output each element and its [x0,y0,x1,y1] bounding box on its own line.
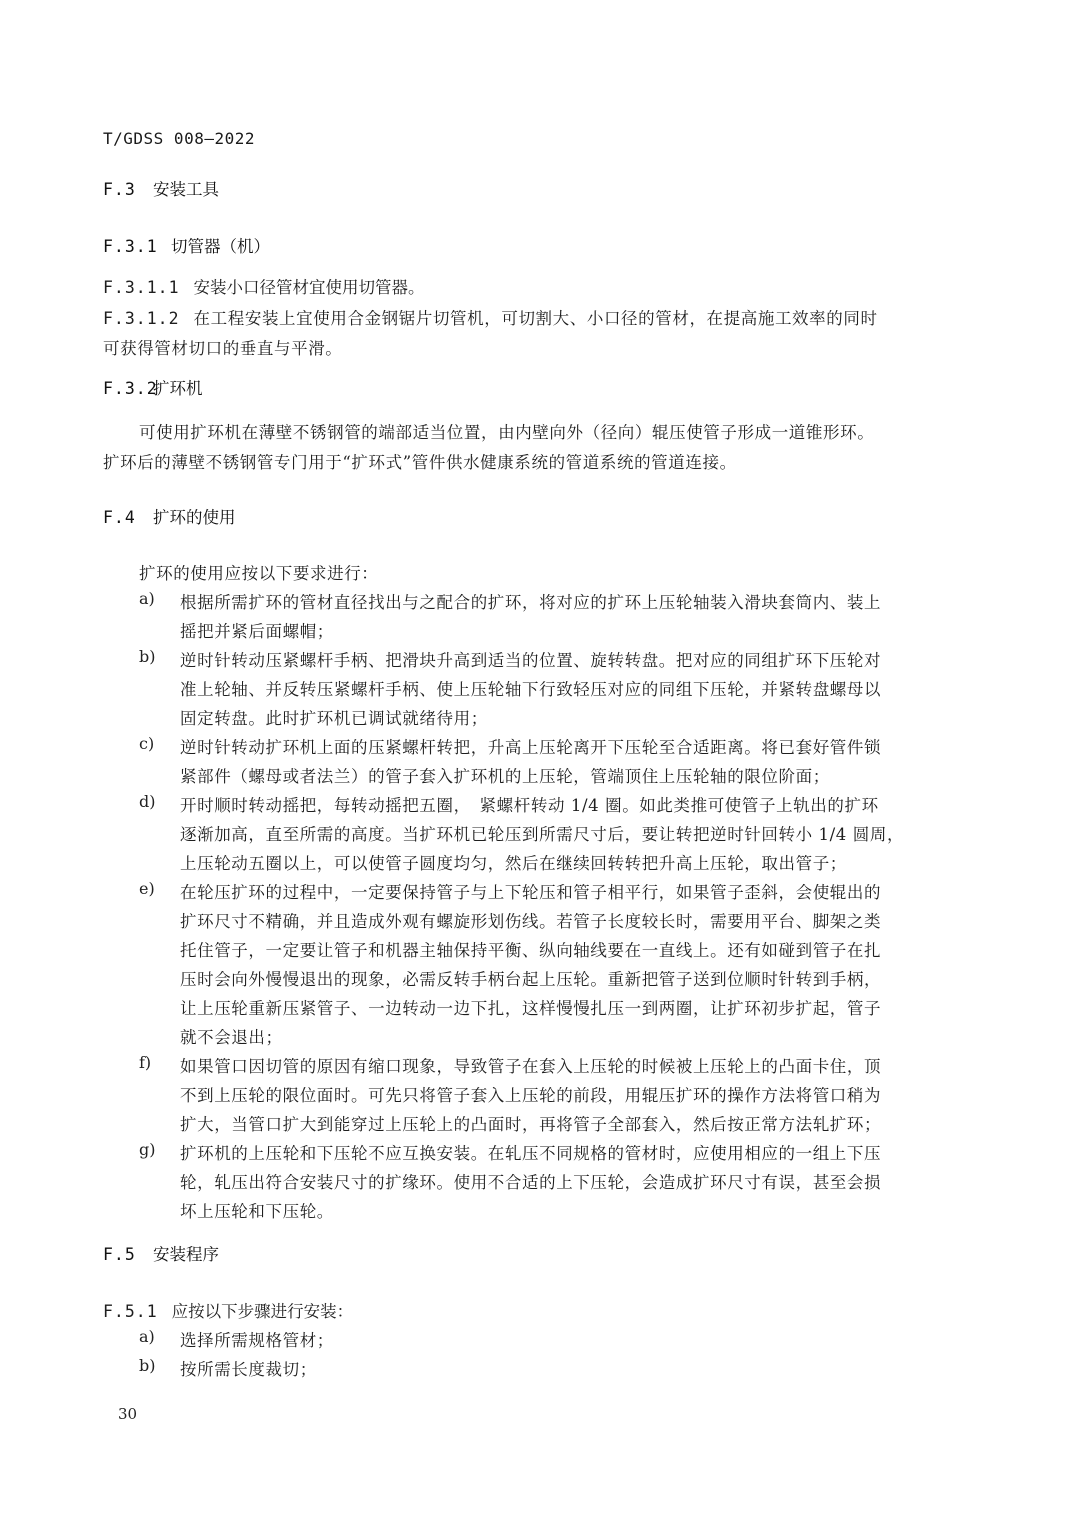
list-item-line: 不到上压轮的限位面时。可先只将管子套入上压轮的前段，用辊压扩环的操作方法将管口稍… [180,1082,881,1106]
list-item-line: 逐渐加高，直至所需的高度。当扩环机已轮压到所需尺寸后，要让转把逆时针回转小 1/… [180,821,904,845]
list-marker: b) [139,1356,155,1375]
list-item-line: 准上轮轴、并反转压紧螺杆手柄、使上压轮轴下行致轻压对应的同组下压轮，并紧转盘螺母… [180,676,881,700]
list-marker: g) [139,1140,155,1159]
paragraph-line-2: 扩环后的薄壁不锈钢管专门用于“扩环式”管件供水健康系统的管道系统的管道连接。 [103,449,737,473]
list-item-line: 轮，轧压出符合安装尺寸的扩缘环。使用不合适的上下压轮，会造成扩环尺寸有误，甚至会… [180,1169,881,1193]
list-item-line: 扩大，当管口扩大到能穿过上压轮上的凸面时，再将管子全部套入，然后按正常方法轧扩环… [180,1111,881,1135]
section-title: 扩环的使用 [153,508,236,527]
list-item-line: 紧部件（螺母或者法兰）的管子套入扩环机的上压轮，管端顶住上压轮轴的限位阶面； [180,763,830,787]
section-number: F.3 [103,180,153,199]
section-title: 扩环机 [153,379,203,398]
section-number: F.4 [103,508,153,527]
standard-code: T/GDSS 008—2022 [103,129,255,148]
list-item-line: 固定转盘。此时扩环机已调试就绪待用； [180,705,488,729]
paragraph-line-1: 可使用扩环机在薄壁不锈钢管的端部适当位置，由内壁向外（径向）辊压使管子形成一道锥… [139,419,874,443]
clause-text-line-1: 在工程安装上宜使用合金钢锯片切管机，可切割大、小口径的管材，在提高施工效率的同时 [194,309,878,328]
clause-number: F.5.1 [103,1302,158,1321]
clause-f3-1-1: F.3.1.1安装小口径管材宜使用切管器。 [103,274,425,298]
section-heading-f3-1: F.3.1切管器（机） [103,233,270,257]
list-item-line: 逆时针转动压紧螺杆手柄、把滑块升高到适当的位置、旋转转盘。把对应的同组扩环下压轮… [180,647,881,671]
list-marker: e) [139,879,155,898]
list-item-line: 让上压轮重新压紧管子、一边转动一边下扎，这样慢慢扎压一到两圈，让扩环初步扩起，管… [180,995,881,1019]
list-item-line: 开时顺时转动摇把，每转动摇把五圈， 紧螺杆转动 1/4 圈。如此类推可使管子上轨… [180,792,879,816]
section-number: F.5 [103,1245,153,1264]
list-item-line: 扩环尺寸不精确，并且造成外观有螺旋形划伤线。若管子长度较长时，需要用平台、脚架之… [180,908,881,932]
list-item-line: 就不会退出； [180,1024,283,1048]
list-marker: d) [139,792,155,811]
clause-text: 安装小口径管材宜使用切管器。 [194,278,425,297]
list-marker: a) [139,1327,155,1346]
clause-f5-1: F.5.1应按以下步骤进行安装： [103,1298,353,1322]
list-item-line: 按所需长度裁切； [180,1356,317,1380]
list-item-line: 逆时针转动扩环机上面的压紧螺杆转把，升高上压轮离开下压轮至合适距离。将已套好管件… [180,734,881,758]
clause-number: F.3.1.1 [103,278,180,297]
list-marker: c) [139,734,154,753]
document-page: T/GDSS 008—2022 F.3安装工具 F.3.1切管器（机） F.3.… [0,0,1080,1527]
clause-f3-1-2: F.3.1.2在工程安装上宜使用合金钢锯片切管机，可切割大、小口径的管材，在提高… [103,305,878,329]
list-item-line: 上压轮动五圈以上，可以使管子圆度均匀，然后在继续回转转把升高上压轮，取出管子； [180,850,847,874]
list-item-line: 在轮压扩环的过程中，一定要保持管子与上下轮压和管子相平行，如果管子歪斜，会使辊出… [180,879,881,903]
section-heading-f3: F.3安装工具 [103,176,219,200]
section-title: 切管器（机） [171,237,270,256]
clause-number: F.3.1.2 [103,309,180,328]
list-marker: b) [139,647,155,666]
list-item-line: 坏上压轮和下压轮。 [180,1198,334,1222]
clause-text-line-2: 可获得管材切口的垂直与平滑。 [103,335,342,359]
section-number: F.3.2 [103,379,153,398]
list-item-line: 选择所需规格管材； [180,1327,334,1351]
list-item-line: 扩环机的上压轮和下压轮不应互换安装。在轧压不同规格的管材时，应使用相应的一组上下… [180,1140,881,1164]
section-title: 安装工具 [153,180,219,199]
list-item-line: 压时会向外慢慢退出的现象，必需反转手柄台起上压轮。重新把管子送到位顺时针转到手柄… [180,966,881,990]
list-marker: f) [139,1053,151,1072]
page-number: 30 [118,1405,137,1423]
list-item-line: 摇把并紧后面螺帽； [180,618,334,642]
section-heading-f4: F.4扩环的使用 [103,504,236,528]
list-intro: 扩环的使用应按以下要求进行： [139,560,378,584]
list-marker: a) [139,589,155,608]
clause-text: 应按以下步骤进行安装： [172,1302,354,1321]
list-item-line: 根据所需扩环的管材直径找出与之配合的扩环，将对应的扩环上压轮轴装入滑块套筒内、装… [180,589,881,613]
section-heading-f5: F.5安装程序 [103,1241,219,1265]
section-number: F.3.1 [103,237,171,256]
list-item-line: 如果管口因切管的原因有缩口现象，导致管子在套入上压轮的时候被上压轮上的凸面卡住，… [180,1053,881,1077]
section-heading-f3-2: F.3.2扩环机 [103,375,203,399]
list-item-line: 托住管子，一定要让管子和机器主轴保持平衡、纵向轴线要在一直线上。还有如碰到管子在… [180,937,881,961]
section-title: 安装程序 [153,1245,219,1264]
